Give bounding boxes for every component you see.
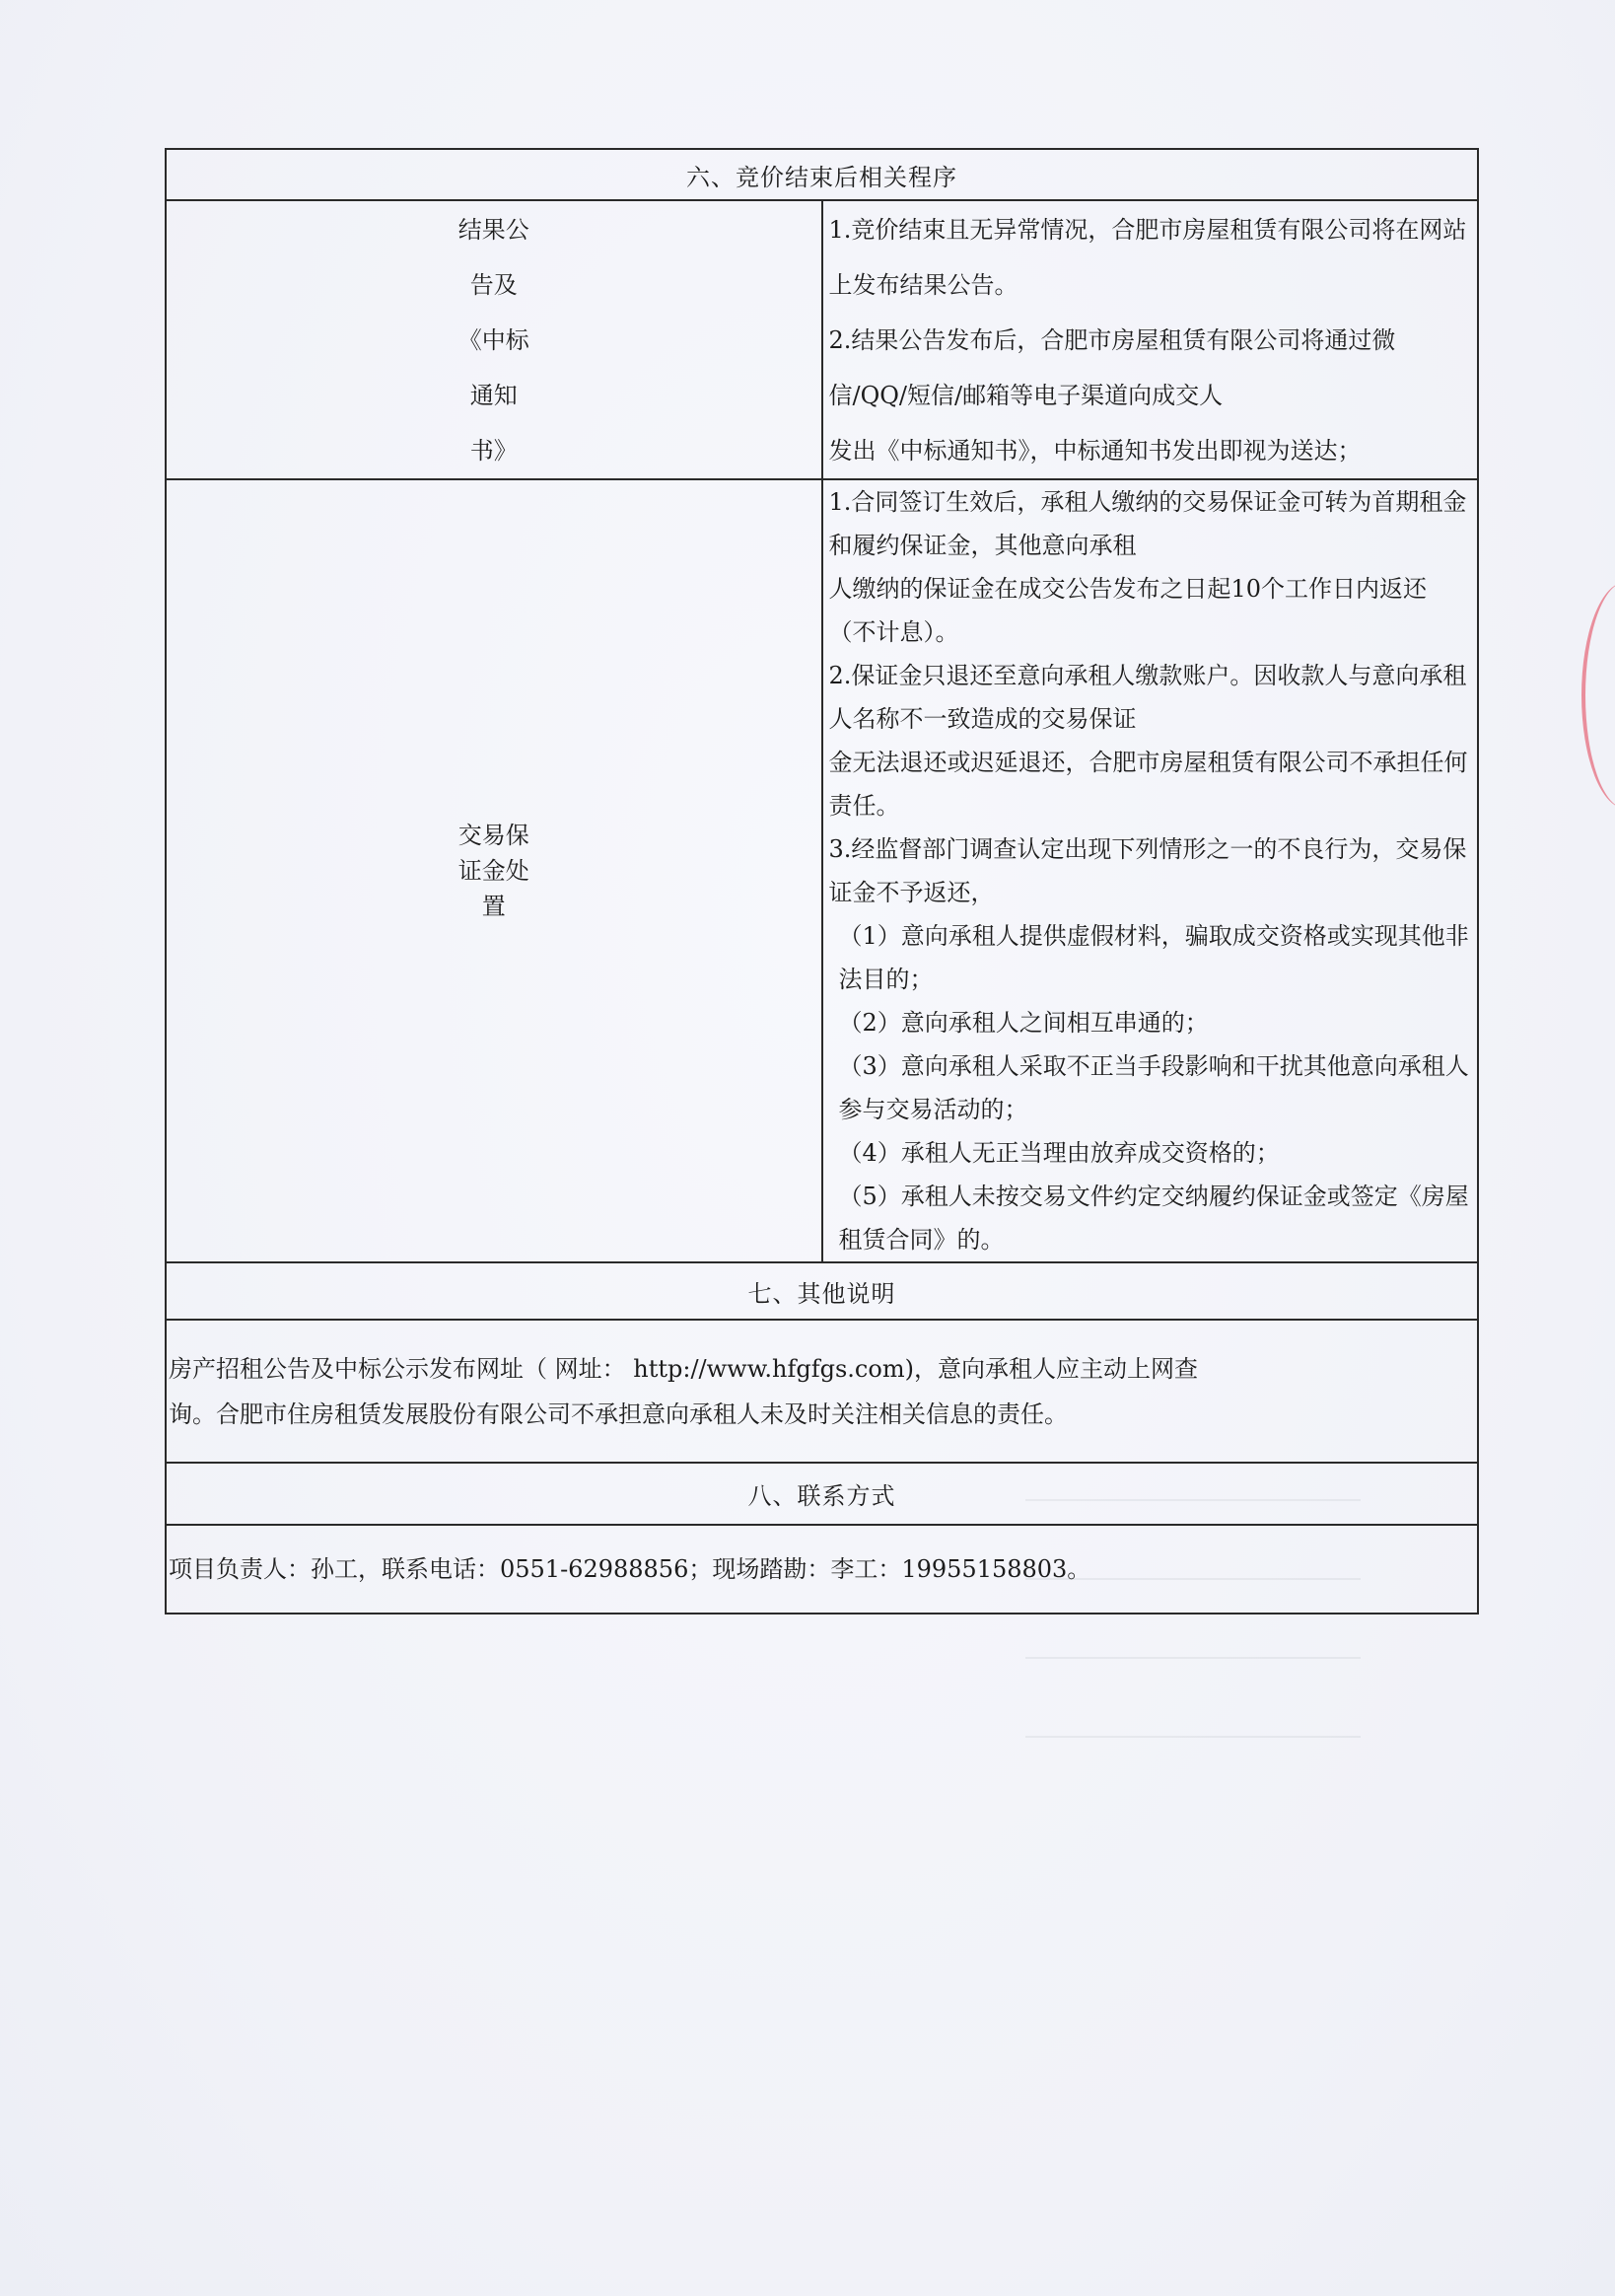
content-line: 金无法退还或迟延退还，合肥市房屋租赁有限公司不承担任何责任。 — [829, 741, 1474, 827]
label-line: 告及 — [167, 257, 821, 313]
section-six-heading: 六、竞价结束后相关程序 — [166, 149, 1478, 200]
content-line: （2）意向承租人之间相互串通的； — [829, 1001, 1474, 1044]
content-line: 人缴纳的保证金在成交公告发布之日起10个工作日内返还（不计息）。 — [829, 567, 1474, 654]
label-line: 交易保 — [167, 818, 821, 853]
label-line: 证金处 — [167, 853, 821, 889]
content-line: 项目负责人：孙工，联系电话：0551-62988856；现场踏勘：李工：1995… — [169, 1546, 1473, 1592]
content-line: （4）承租人无正当理由放弃成交资格的； — [829, 1131, 1474, 1175]
label-line: 书》 — [167, 423, 821, 478]
content-line: 2.结果公告发布后，合肥市房屋租赁有限公司将通过微信/QQ/短信/邮箱等电子渠道… — [829, 313, 1474, 423]
content-line: 发出《中标通知书》，中标通知书发出即视为送达； — [829, 423, 1474, 478]
procedure-table: 六、竞价结束后相关程序 结果公 告及 《中标 通知 书》 1.竞价结束且无异常情… — [165, 148, 1479, 1614]
content-line: 2.保证金只退还至意向承租人缴款账户。因收款人与意向承租人名称不一致造成的交易保… — [829, 654, 1474, 741]
contact-content: 项目负责人：孙工，联系电话：0551-62988856；现场踏勘：李工：1995… — [166, 1525, 1478, 1614]
bleed-through-line — [1025, 1578, 1361, 1580]
other-notes-row: 房产招租公告及中标公示发布网址（ 网址： http://www.hfgfgs.c… — [166, 1320, 1478, 1463]
result-announcement-row: 结果公 告及 《中标 通知 书》 1.竞价结束且无异常情况，合肥市房屋租赁有限公… — [166, 200, 1478, 479]
content-line: 询。合肥市住房租赁发展股份有限公司不承担意向承租人未及时关注相关信息的责任。 — [169, 1392, 1473, 1437]
other-notes-content: 房产招租公告及中标公示发布网址（ 网址： http://www.hfgfgs.c… — [166, 1320, 1478, 1463]
label-line: 结果公 — [167, 202, 821, 257]
label-line: 置 — [167, 889, 821, 924]
result-announcement-label: 结果公 告及 《中标 通知 书》 — [166, 200, 822, 479]
result-announcement-content: 1.竞价结束且无异常情况，合肥市房屋租赁有限公司将在网站上发布结果公告。 2.结… — [822, 200, 1479, 479]
deposit-handling-row: 交易保 证金处 置 1.合同签订生效后，承租人缴纳的交易保证金可转为首期租金和履… — [166, 479, 1478, 1262]
content-line: 房产招租公告及中标公示发布网址（ 网址： http://www.hfgfgs.c… — [169, 1346, 1473, 1392]
section-eight-heading: 八、联系方式 — [166, 1463, 1478, 1525]
bleed-through-line — [1025, 1499, 1361, 1501]
contact-row: 项目负责人：孙工，联系电话：0551-62988856；现场踏勘：李工：1995… — [166, 1525, 1478, 1614]
content-line: 1.竞价结束且无异常情况，合肥市房屋租赁有限公司将在网站上发布结果公告。 — [829, 202, 1474, 313]
content-line: （1）意向承租人提供虚假材料，骗取成交资格或实现其他非法目的； — [829, 914, 1474, 1001]
deposit-handling-label: 交易保 证金处 置 — [166, 479, 822, 1262]
bleed-through-line — [1025, 1657, 1361, 1659]
content-line: （5）承租人未按交易文件约定交纳履约保证金或签定《房屋租赁合同》的。 — [829, 1175, 1474, 1261]
bleed-through-line — [1025, 1736, 1361, 1738]
content-line: （3）意向承租人采取不正当手段影响和干扰其他意向承租人参与交易活动的； — [829, 1044, 1474, 1131]
label-line: 通知 — [167, 368, 821, 423]
deposit-handling-content: 1.合同签订生效后，承租人缴纳的交易保证金可转为首期租金和履约保证金，其他意向承… — [822, 479, 1479, 1262]
section-seven-heading: 七、其他说明 — [166, 1262, 1478, 1320]
content-line: 3.经监督部门调查认定出现下列情形之一的不良行为，交易保证金不予返还， — [829, 827, 1474, 914]
content-line: 1.合同签订生效后，承租人缴纳的交易保证金可转为首期租金和履约保证金，其他意向承… — [829, 480, 1474, 567]
label-line: 《中标 — [167, 313, 821, 368]
